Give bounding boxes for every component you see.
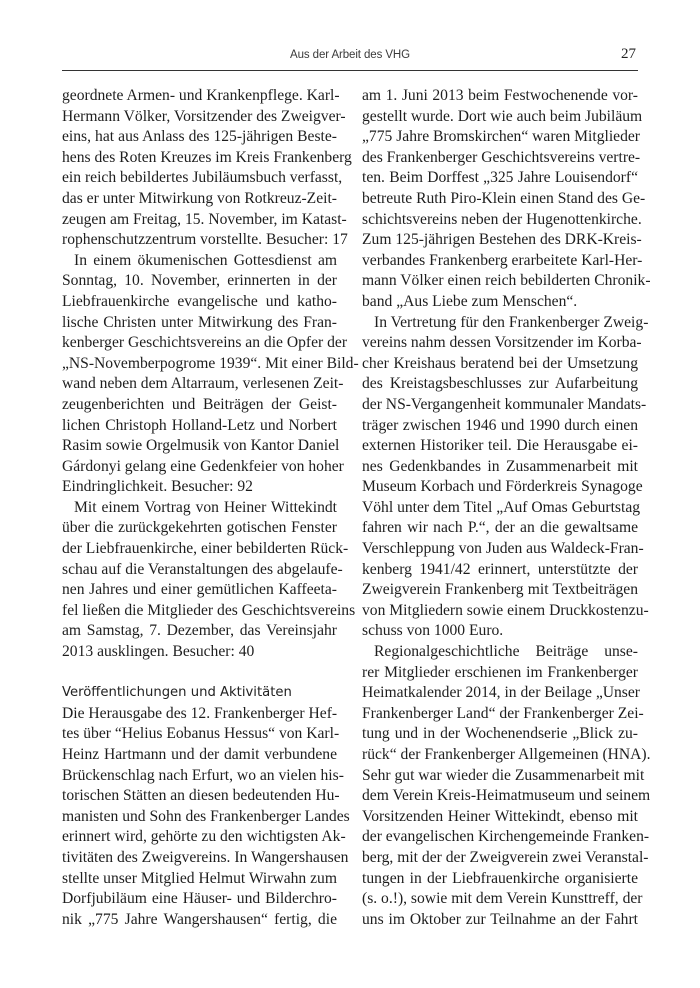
text-line: nik „775 Jahre Wangershausen“ fertig, di…: [62, 910, 337, 931]
left-column: geordnete Armen- und Krankenpflege. Karl…: [62, 86, 337, 930]
text-line: schichtsvereins neben der Hugenottenkirc…: [362, 210, 638, 231]
text-line: lichen Christoph Holland-Letz und Norber…: [62, 416, 337, 437]
running-header: Aus der Arbeit des VHG 27: [62, 46, 638, 66]
text-line: schuss von 1000 Euro.: [362, 621, 638, 642]
text-line: verbandes Frankenberg erarbeitete Karl-H…: [362, 251, 638, 272]
text-line: nen Jahres und einer gemütlichen Kaffeet…: [62, 580, 337, 601]
text-line: Heinz Hartmann und der damit verbundene: [62, 745, 337, 766]
text-line: Brückenschlag nach Erfurt, wo an vielen …: [62, 766, 337, 787]
text-line: rer Mitglieder erschienen im Frankenberg…: [362, 663, 638, 684]
section-heading: Veröffentlichungen und Aktivitäten: [62, 683, 337, 704]
text-line: Mit einem Vortrag von Heiner Wittekindt: [62, 498, 337, 519]
paragraph: Mit einem Vortrag von Heiner Wittekindt …: [62, 498, 337, 663]
text-line: rück“ der Frankenberger Allgemeinen (HNA…: [362, 745, 638, 766]
text-line: band „Aus Liebe zum Menschen“.: [362, 292, 638, 313]
text-line: In Vertretung für den Frankenberger Zwei…: [362, 313, 638, 334]
text-line: Sonntag, 10. November, erinnerten in der: [62, 271, 337, 292]
text-line: Sehr gut war wieder die Zusammenarbeit m…: [362, 766, 638, 787]
paragraph: am 1. Juni 2013 beim Festwochenende vor-…: [362, 86, 638, 313]
text-line: der Liebfrauenkirche, einer bebilderten …: [62, 539, 337, 560]
text-line: Frankenberger Land“ der Frankenberger Ze…: [362, 704, 638, 725]
text-line: torischen Stätten an diesen bedeutenden …: [62, 786, 337, 807]
text-line: eins, hat aus Anlass des 125-jährigen Be…: [62, 127, 337, 148]
text-line: manisten und Sohn des Frankenberger Land…: [62, 807, 337, 828]
running-title: Aus der Arbeit des VHG: [62, 49, 638, 61]
text-line: fahren wir nach P.“, der an die gewaltsa…: [362, 518, 638, 539]
text-line: über die zurückgekehrten gotischen Fenst…: [62, 518, 337, 539]
text-line: Zum 125-jährigen Bestehen des DRK-Kreis-: [362, 230, 638, 251]
text-line: hens des Roten Kreuzes im Kreis Frankenb…: [62, 148, 337, 169]
text-line: am Samstag, 7. Dezember, das Vereinsjahr: [62, 621, 337, 642]
text-line: am 1. Juni 2013 beim Festwochenende vor-: [362, 86, 638, 107]
text-line: Regionalgeschichtliche Beiträge unse-: [362, 642, 638, 663]
right-column: am 1. Juni 2013 beim Festwochenende vor-…: [362, 86, 638, 930]
text-line: cher Kreishaus beratend bei der Umsetzun…: [362, 354, 638, 375]
paragraph: In Vertretung für den Frankenberger Zwei…: [362, 313, 638, 643]
text-line: tes über “Helius Eobanus Hessus“ von Kar…: [62, 724, 337, 745]
paragraph: Regionalgeschichtliche Beiträge unse- re…: [362, 642, 638, 930]
text-line: externen Historiker teil. Die Herausgabe…: [362, 436, 638, 457]
text-line: tungen in der Liebfrauenkirche organisie…: [362, 869, 638, 890]
text-line: 2013 ausklingen. Besucher: 40: [62, 642, 337, 663]
text-line: (s. o.!), sowie mit dem Verein Kunsttref…: [362, 889, 638, 910]
text-line: In einem ökumenischen Gottesdienst am: [62, 251, 337, 272]
text-line: Gárdonyi gelang eine Gedenkfeier von hoh…: [62, 457, 337, 478]
text-line: lische Christen unter Mitwirkung des Fra…: [62, 313, 337, 334]
text-line: Eindringlichkeit. Besucher: 92: [62, 477, 337, 498]
paragraph: geordnete Armen- und Krankenpflege. Karl…: [62, 86, 337, 251]
text-line: berg, mit der der Zweigverein zwei Veran…: [362, 848, 638, 869]
text-line: Dorfjubiläum eine Häuser- und Bilderchro…: [62, 889, 337, 910]
page-number: 27: [621, 46, 636, 63]
text-line: Vöhl unter dem Titel „Auf Omas Geburtsta…: [362, 498, 638, 519]
text-line: erinnert wird, gehörte zu den wichtigste…: [62, 827, 337, 848]
text-line: vereins nahm dessen Vorsitzender im Korb…: [362, 333, 638, 354]
text-line: mann Völker einen reich bebilderten Chro…: [362, 271, 638, 292]
text-line: des Kreistagsbeschlusses zur Aufarbeitun…: [362, 374, 638, 395]
text-line: Heimatkalender 2014, in der Beilage „Uns…: [362, 683, 638, 704]
text-line: kenberg 1941/42 erinnert, unterstützte d…: [362, 560, 638, 581]
text-line: Museum Korbach und Förderkreis Synagoge: [362, 477, 638, 498]
spacer: [62, 663, 337, 684]
text-line: Vorsitzenden Heiner Wittekindt, ebenso m…: [362, 807, 638, 828]
text-line: gestellt wurde. Dort wie auch beim Jubil…: [362, 107, 638, 128]
text-line: Verschleppung von Juden aus Waldeck-Fran…: [362, 539, 638, 560]
paragraph: In einem ökumenischen Gottesdienst am So…: [62, 251, 337, 498]
text-line: geordnete Armen- und Krankenpflege. Karl…: [62, 86, 337, 107]
text-line: betreute Ruth Piro-Klein einen Stand des…: [362, 189, 638, 210]
text-line: Rasim sowie Orgelmusik von Kantor Daniel: [62, 436, 337, 457]
text-line: „NS-Novemberpogrome 1939“. Mit einer Bil…: [62, 354, 337, 375]
text-line: rophenschutzzentrum vorstellte. Besucher…: [62, 230, 337, 251]
text-line: kenberger Geschichtsvereins an die Opfer…: [62, 333, 337, 354]
text-line: fel ließen die Mitglieder des Geschichts…: [62, 601, 337, 622]
text-line: das er unter Mitwirkung von Rotkreuz-Zei…: [62, 189, 337, 210]
text-line: des Frankenberger Geschichtsvereins vert…: [362, 148, 638, 169]
text-line: zeugen am Freitag, 15. November, im Kata…: [62, 210, 337, 231]
text-line: „775 Jahre Bromskirchen“ waren Mitgliede…: [362, 127, 638, 148]
text-line: träger zwischen 1946 und 1990 durch eine…: [362, 416, 638, 437]
text-line: der evangelischen Kirchengemeinde Franke…: [362, 827, 638, 848]
paragraph: Die Herausgabe des 12. Frankenberger Hef…: [62, 704, 337, 931]
text-line: Die Herausgabe des 12. Frankenberger Hef…: [62, 704, 337, 725]
text-line: von Mitgliedern sowie einem Druckkostenz…: [362, 601, 638, 622]
text-line: stellte unser Mitglied Helmut Wirwahn zu…: [62, 869, 337, 890]
text-line: ten. Beim Dorffest „325 Jahre Louisendor…: [362, 168, 638, 189]
text-line: ein reich bebildertes Jubiläumsbuch verf…: [62, 168, 337, 189]
text-line: wand neben dem Altarraum, verlesenen Zei…: [62, 374, 337, 395]
text-line: dem Verein Kreis-Heimatmuseum und seinem: [362, 786, 638, 807]
text-line: zeugenberichten und Beiträgen der Geist-: [62, 395, 337, 416]
document-page: Aus der Arbeit des VHG 27 geordnete Arme…: [0, 0, 700, 988]
text-line: Liebfrauenkirche evangelische und katho-: [62, 292, 337, 313]
text-line: tung und in der Wochenendserie „Blick zu…: [362, 724, 638, 745]
text-line: uns im Oktober zur Teilnahme an der Fahr…: [362, 910, 638, 931]
text-line: Hermann Völker, Vorsitzender des Zweigve…: [62, 107, 337, 128]
text-line: tivitäten des Zweigvereins. In Wangersha…: [62, 848, 337, 869]
text-line: schau auf die Veranstaltungen des abgela…: [62, 560, 337, 581]
header-rule: [62, 70, 638, 71]
text-line: nes Gedenkbandes in Zusammenarbeit mit: [362, 457, 638, 478]
text-line: der NS-Vergangenheit kommunaler Mandats-: [362, 395, 638, 416]
text-line: Zweigverein Frankenberg mit Textbeiträge…: [362, 580, 638, 601]
